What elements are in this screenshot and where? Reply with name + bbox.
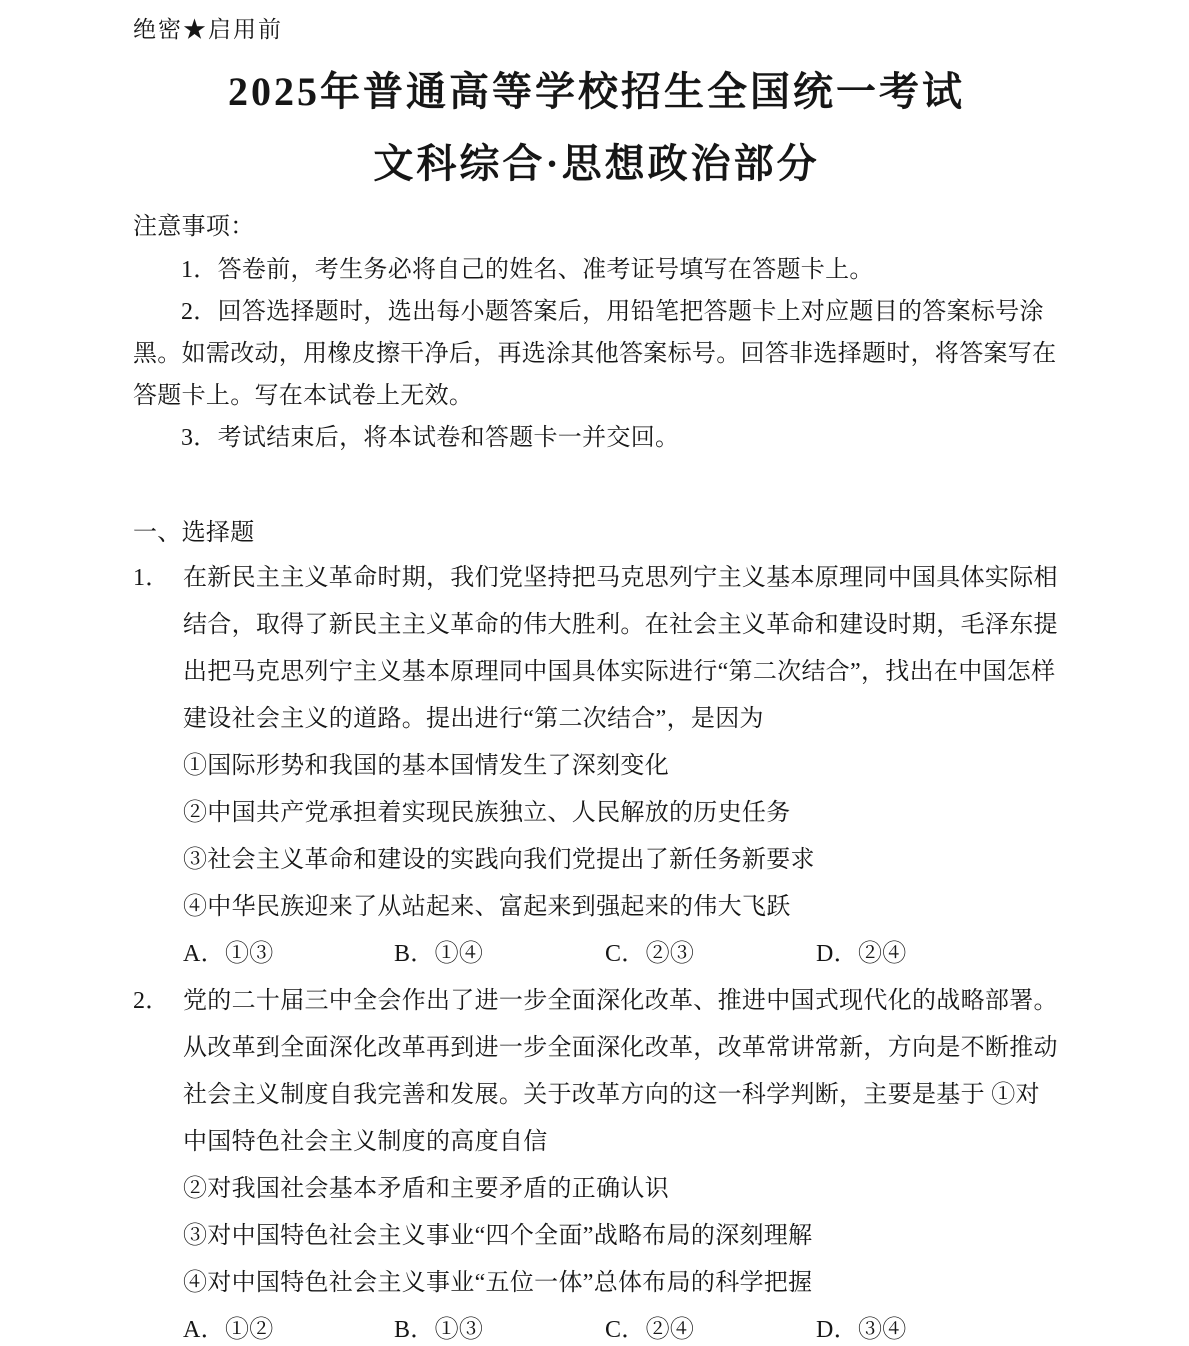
question-2-option-c: C．②④ — [605, 1307, 816, 1346]
option-value: ①③ — [225, 941, 274, 967]
exam-title: 2025年普通高等学校招生全国统一考试 — [133, 68, 1060, 116]
question-1-statement-1: ①国际形势和我国的基本国情发生了深刻变化 — [183, 743, 1060, 790]
section-heading-multiple-choice: 一、选择题 — [133, 511, 1060, 555]
option-value: ①③ — [435, 1317, 484, 1343]
question-2-statement-3: ③对中国特色社会主义事业“四个全面”战略布局的深刻理解 — [183, 1213, 1060, 1260]
question-2-number: 2． — [133, 978, 183, 1025]
question-2-statement-4: ④对中国特色社会主义事业“五位一体”总体布局的科学把握 — [183, 1260, 1060, 1307]
option-label: C． — [605, 1317, 646, 1343]
question-1-option-a: A．①③ — [183, 931, 394, 978]
exam-subtitle: 文科综合·思想政治部分 — [133, 140, 1060, 188]
option-value: ②③ — [646, 941, 695, 967]
question-2-option-d: D．③④ — [816, 1307, 907, 1346]
question-1-statement-3: ③社会主义革命和建设的实践向我们党提出了新任务新要求 — [183, 837, 1060, 884]
question-1-statement-2: ②中国共产党承担着实现民族独立、人民解放的历史任务 — [183, 790, 1060, 837]
option-value: ②④ — [858, 941, 907, 967]
question-1-number: 1． — [133, 555, 183, 602]
notices-heading: 注意事项： — [133, 206, 1060, 249]
question-2-statement-2: ②对我国社会基本矛盾和主要矛盾的正确认识 — [183, 1166, 1060, 1213]
question-1-option-c: C．②③ — [605, 931, 816, 978]
option-label: D． — [816, 941, 858, 967]
notice-item-1: 1．答卷前，考生务必将自己的姓名、准考证号填写在答题卡上。 — [133, 249, 1060, 291]
notices-section: 注意事项： 1．答卷前，考生务必将自己的姓名、准考证号填写在答题卡上。 2．回答… — [133, 206, 1060, 459]
question-2-options: A．①② B．①③ C．②④ D．③④ — [183, 1307, 1060, 1346]
question-1-stem: 在新民主主义革命时期，我们党坚持把马克思列宁主义基本原理同中国具体实际相结合，取… — [183, 555, 1060, 743]
option-label: A． — [183, 1317, 225, 1343]
security-label: 绝密★启用前 — [133, 15, 1060, 44]
question-1-option-d: D．②④ — [816, 931, 907, 978]
option-label: B． — [394, 1317, 435, 1343]
question-2-option-b: B．①③ — [394, 1307, 605, 1346]
option-value: ③④ — [858, 1317, 907, 1343]
notice-item-2: 2．回答选择题时，选出每小题答案后，用铅笔把答题卡上对应题目的答案标号涂黑。如需… — [133, 291, 1060, 417]
option-label: D． — [816, 1317, 858, 1343]
option-value: ①④ — [435, 941, 484, 967]
question-1: 1． 在新民主主义革命时期，我们党坚持把马克思列宁主义基本原理同中国具体实际相结… — [133, 555, 1060, 978]
option-value: ②④ — [646, 1317, 695, 1343]
option-label: B． — [394, 941, 435, 967]
question-2: 2． 党的二十届三中全会作出了进一步全面深化改革、推进中国式现代化的战略部署。从… — [133, 978, 1060, 1346]
option-value: ①② — [225, 1317, 274, 1343]
option-label: A． — [183, 941, 225, 967]
notice-item-3: 3．考试结束后，将本试卷和答题卡一并交回。 — [133, 417, 1060, 459]
question-2-stem: 党的二十届三中全会作出了进一步全面深化改革、推进中国式现代化的战略部署。从改革到… — [183, 978, 1060, 1166]
exam-paper-page: 绝密★启用前 2025年普通高等学校招生全国统一考试 文科综合·思想政治部分 注… — [0, 0, 1189, 1346]
option-label: C． — [605, 941, 646, 967]
question-1-statement-4: ④中华民族迎来了从站起来、富起来到强起来的伟大飞跃 — [183, 884, 1060, 931]
question-1-option-b: B．①④ — [394, 931, 605, 978]
question-1-options: A．①③ B．①④ C．②③ D．②④ — [183, 931, 1060, 978]
question-2-option-a: A．①② — [183, 1307, 394, 1346]
